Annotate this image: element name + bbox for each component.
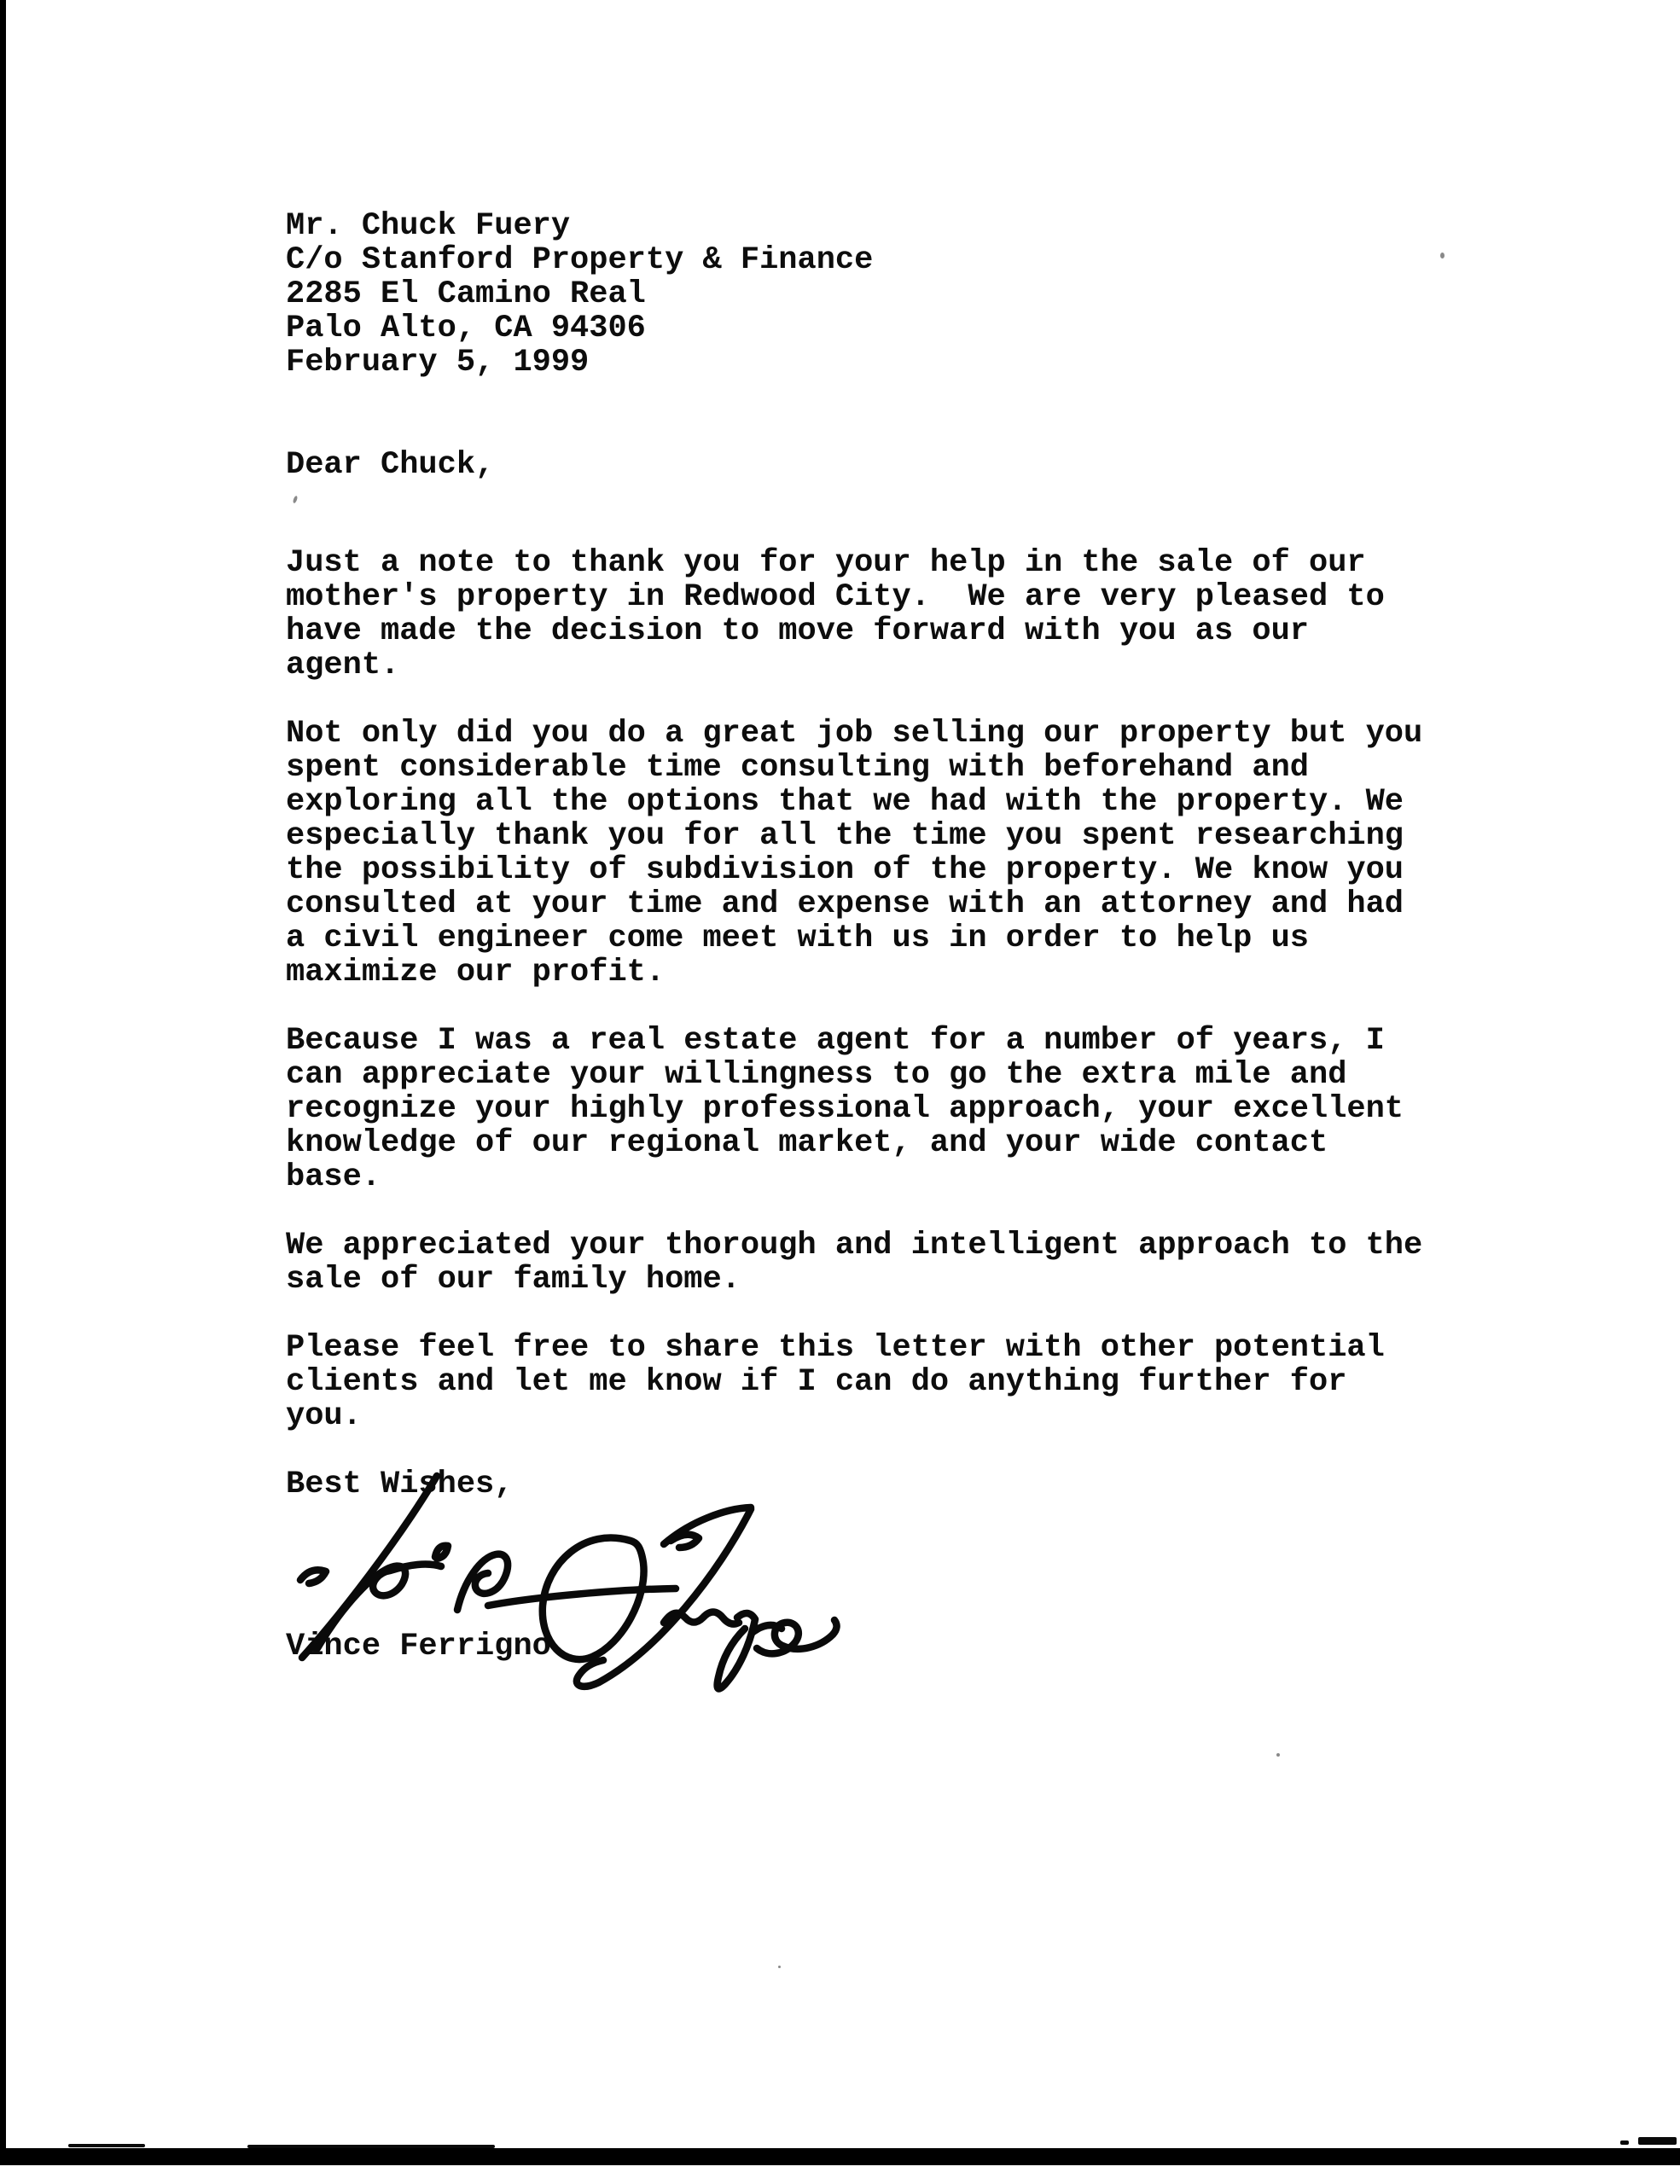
paragraph-1: Just a note to thank you for your help i… xyxy=(286,546,1532,682)
paragraph-4: We appreciated your thorough and intelli… xyxy=(286,1228,1532,1297)
closing-line: Best Wishes, xyxy=(286,1467,1532,1501)
scanned-letter-page: Mr. Chuck Fuery C/o Stanford Property & … xyxy=(0,0,1680,2184)
scan-dust-dash xyxy=(1638,2137,1677,2145)
scan-edge-strip xyxy=(0,0,6,2164)
signer-typed-name: Vince Ferrigno xyxy=(286,1629,1532,1664)
paragraph-3: Because I was a real estate agent for a … xyxy=(286,1024,1532,1194)
toner-speck xyxy=(1276,1753,1280,1757)
toner-speck xyxy=(778,1966,781,1968)
scan-dust-dash xyxy=(247,2145,495,2148)
scan-dust-dash xyxy=(1620,2140,1629,2145)
paragraph-2: Not only did you do a great job selling … xyxy=(286,717,1532,990)
scan-bottom-band xyxy=(0,2148,1680,2165)
scan-dust-dash xyxy=(68,2144,145,2147)
recipient-address-block: Mr. Chuck Fuery C/o Stanford Property & … xyxy=(286,209,1532,380)
letter-body: Mr. Chuck Fuery C/o Stanford Property & … xyxy=(286,209,1532,1664)
salutation: Dear Chuck, xyxy=(286,448,1532,482)
paragraph-5: Please feel free to share this letter wi… xyxy=(286,1331,1532,1433)
